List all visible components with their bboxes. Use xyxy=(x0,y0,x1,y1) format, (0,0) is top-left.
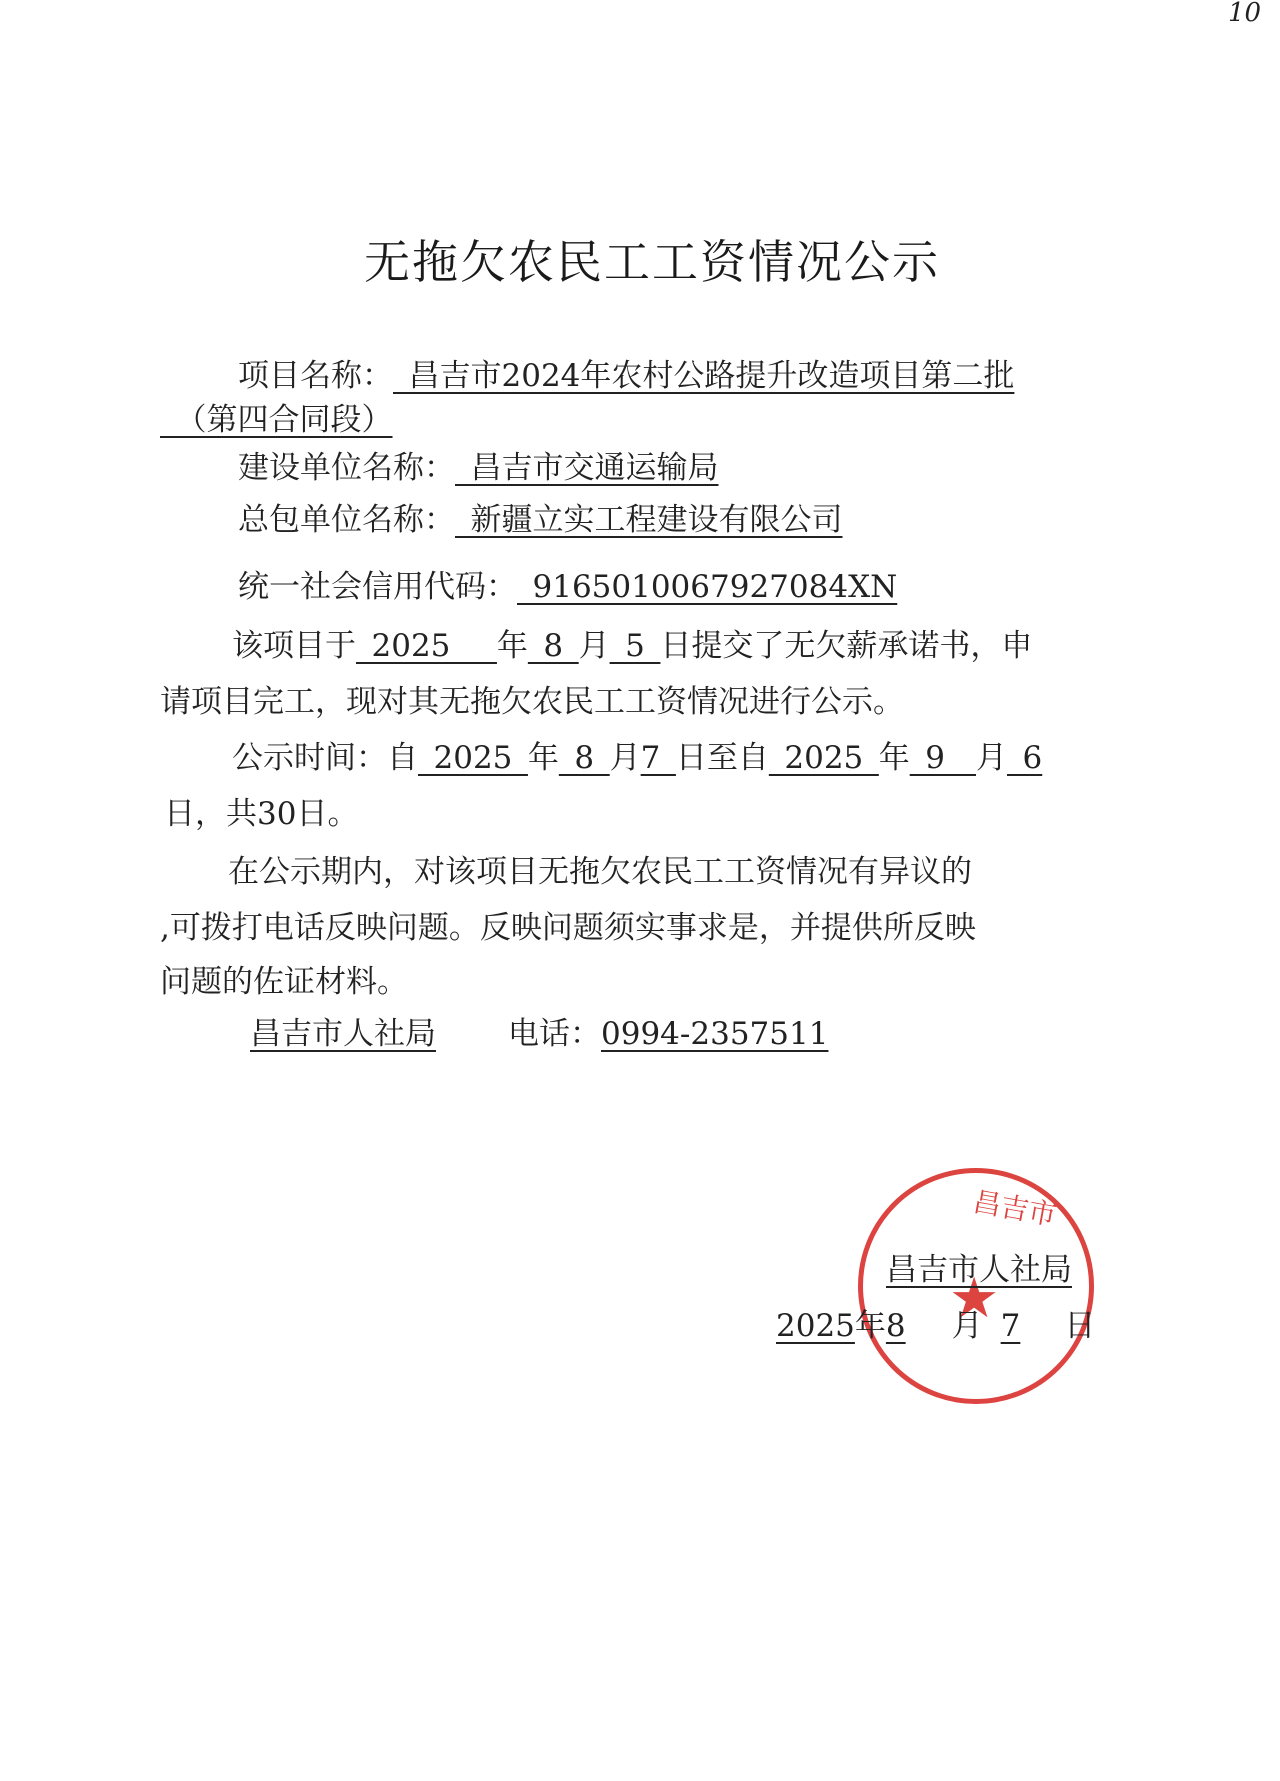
credit-code-row: 统一社会信用代码：_91650100679270­84XN xyxy=(238,567,897,607)
signature-agency: 昌吉市人社局 xyxy=(886,1244,1072,1289)
submission-day: _5_ xyxy=(610,628,661,664)
signature-day-unit: 日 xyxy=(1064,1308,1095,1344)
contractor-label: 总包单位名称： xyxy=(238,502,455,538)
submission-year: _2025___ xyxy=(356,628,497,664)
submission-paragraph-line2: 请项目完工，现对其无拖欠农民工工资情况进行公示。 xyxy=(160,682,904,722)
submission-year-unit: 年 xyxy=(497,628,528,664)
period-paragraph: 公示时间：自_2025_年_8_月7_日至自_2025_年_9__月_6 xyxy=(232,738,1042,778)
submission-month-unit: 月 xyxy=(579,628,610,664)
builder-label: 建设单位名称： xyxy=(238,450,455,486)
contact-agency: 昌吉市人社局 xyxy=(250,1016,436,1052)
signature-agency-text: 昌吉市人社局 xyxy=(886,1252,1072,1288)
submission-suffix: 日提交了无欠薪承诺书，申 xyxy=(660,628,1032,664)
contractor-value: _新疆立实工程建设有限公司 xyxy=(455,502,843,538)
objection-paragraph-line2: ,可拨打电话反映问题。反映问题须实事求是，并提供所反映 xyxy=(160,908,976,948)
signature-year: 2025 xyxy=(776,1308,855,1344)
objection-paragraph-line1: 在公示期内，对该项目无拖欠农民工工资情况有异议的 xyxy=(228,852,972,892)
contractor-row: 总包单位名称：_新疆立实工程建设有限公司 xyxy=(238,500,843,540)
period-start-day: 7_ xyxy=(641,740,676,776)
signature-month-unit: 月 xyxy=(952,1308,983,1344)
phone-label: 电话： xyxy=(508,1016,601,1052)
builder-row: 建设单位名称：_昌吉市交通运输局 xyxy=(238,448,719,488)
project-name-value: _昌吉市2024年农村公路提升改造项目第二批 xyxy=(393,358,1014,394)
period-year-unit: 年 xyxy=(528,740,559,776)
project-name-label: 项目名称： xyxy=(238,358,393,394)
period-month-unit: 月 xyxy=(610,740,641,776)
credit-code-value: _91650100679270­84XN xyxy=(517,569,897,605)
period-end-year: _2025_ xyxy=(769,740,879,776)
period-paragraph-line2: 日，共30日。 xyxy=(164,794,358,834)
project-name-value-continued: _（第四合同段） xyxy=(160,402,393,438)
submission-month: _8_ xyxy=(528,628,579,664)
signature-day: 7 xyxy=(983,1308,1039,1344)
signature-month: 8 xyxy=(886,1308,906,1344)
submission-paragraph: 该项目于_2025___年_8_月_5_日提交了无欠薪承诺书，申 xyxy=(232,626,1032,666)
builder-value: _昌吉市交通运输局 xyxy=(455,450,719,486)
submission-prefix: 该项目于 xyxy=(232,628,356,664)
period-start-year: _2025_ xyxy=(418,740,528,776)
page-number: 10 xyxy=(1228,0,1261,28)
contact-row: 昌吉市人社局电话：0994-2357511 xyxy=(250,1014,828,1054)
objection-paragraph-line3: 问题的佐证材料。 xyxy=(160,962,408,1002)
period-start-month: _8_ xyxy=(559,740,610,776)
project-name-row-2: _（第四合同段） xyxy=(160,400,393,440)
seal-text: 昌吉市 xyxy=(970,1180,1060,1234)
period-end-month: _9__ xyxy=(910,740,976,776)
period-mid: 日至自 xyxy=(676,740,769,776)
phone-number: 0994-2357511 xyxy=(601,1016,828,1052)
document-title: 无拖欠农民工工资情况公示 xyxy=(0,226,1280,292)
signature-year-unit: 年 xyxy=(855,1308,886,1344)
period-year-unit-2: 年 xyxy=(879,740,910,776)
period-end-day: _6 xyxy=(1007,740,1042,776)
credit-code-label: 统一社会信用代码： xyxy=(238,569,517,605)
period-prefix: 公示时间：自 xyxy=(232,740,418,776)
signature-date: 2025年8月7日 xyxy=(776,1300,1095,1345)
period-month-unit-2: 月 xyxy=(976,740,1007,776)
project-name-row: 项目名称：_昌吉市2024年农村公路提升改造项目第二批 xyxy=(238,356,1014,396)
